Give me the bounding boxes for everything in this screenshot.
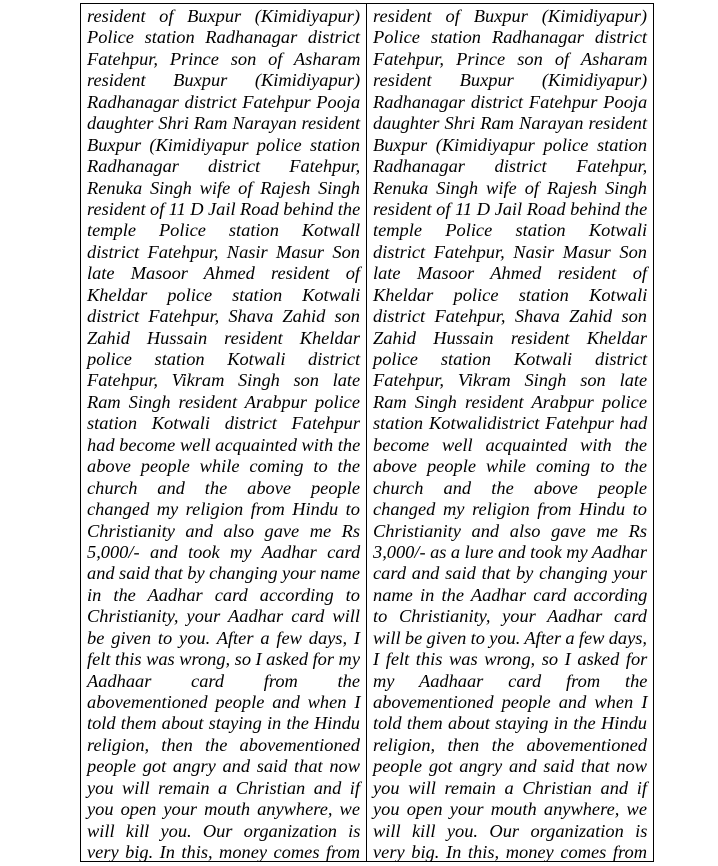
text-line: to Christianity, your Aadhar card [373, 606, 647, 627]
text-line: resident of Buxpur (Kimidiyapur) [87, 6, 360, 27]
text-line: had become well acquainted with the [87, 435, 360, 456]
text-line: resident of 11 D Jail Road behind the [373, 199, 647, 220]
text-line: Aadhaar card from the [87, 671, 360, 692]
text-line: religion, then the abovementioned [87, 735, 360, 756]
text-line: late Masoor Ahmed resident of [87, 263, 360, 284]
text-line: above people while coming to the [373, 456, 647, 477]
text-line: Police station Radhanagar district [87, 27, 360, 48]
text-line: temple Police station Kotwall [87, 220, 360, 241]
text-line: Fatehpur, Vikram Singh son late [373, 370, 647, 391]
text-line: church and the above people [373, 478, 647, 499]
text-line: resident Buxpur (Kimidiyapur) [373, 70, 647, 91]
text-line: Renuka Singh wife of Rajesh Singh [87, 178, 360, 199]
text-line: temple Police station Kotwali [373, 220, 647, 241]
text-line: station Kotwali district Fatehpur [87, 413, 360, 434]
text-line: felt this was wrong, so I asked for my [87, 649, 360, 670]
text-line: above people while coming to the [87, 456, 360, 477]
right-column: resident of Buxpur (Kimidiyapur)Police s… [367, 4, 653, 861]
text-line: Radhanagar district Fatehpur Pooja [373, 92, 647, 113]
text-line: church and the above people [87, 478, 360, 499]
text-line: become well acquainted with the [373, 435, 647, 456]
text-line: changed my religion from Hindu to [373, 499, 647, 520]
text-line: will be given to you. After a few days, [373, 628, 647, 649]
text-line: told them about staying in the Hindu [373, 713, 647, 734]
text-line: Radhanagar district Fatehpur, [87, 156, 360, 177]
text-line: police station Kotwali district [87, 349, 360, 370]
text-line: card and said that by changing your [373, 563, 647, 584]
text-line: changed my religion from Hindu to [87, 499, 360, 520]
text-line: station Kotwalidistrict Fatehpur had [373, 413, 647, 434]
text-line: police station Kotwali district [373, 349, 647, 370]
text-line: Fatehpur, Vikram Singh son late [87, 370, 360, 391]
text-line: told them about staying in the Hindu [87, 713, 360, 734]
text-line: abovementioned people and when I [87, 692, 360, 713]
left-column: resident of Buxpur (Kimidiyapur)Police s… [81, 4, 367, 861]
text-line: you open your mouth anywhere, we [87, 799, 360, 820]
text-line: daughter Shri Ram Narayan resident [373, 113, 647, 134]
text-line: Zahid Hussain resident Kheldar [373, 328, 647, 349]
text-line: Buxpur (Kimidiyapur police station [373, 135, 647, 156]
text-line: people got angry and said that now [373, 756, 647, 777]
text-line: Christianity and also gave me Rs [373, 521, 647, 542]
text-line: Zahid Hussain resident Kheldar [87, 328, 360, 349]
text-line: you will remain a Christian and if [373, 778, 647, 799]
comparison-table: resident of Buxpur (Kimidiyapur)Police s… [80, 3, 654, 862]
text-line: be given to you. After a few days, I [87, 628, 360, 649]
text-line: resident Buxpur (Kimidiyapur) [87, 70, 360, 91]
text-line: 3,000/- as a lure and took my Aadhar [373, 542, 647, 563]
text-line: Radhanagar district Fatehpur Pooja [87, 92, 360, 113]
text-line: Renuka Singh wife of Rajesh Singh [373, 178, 647, 199]
text-line: Christianity, your Aadhar card will [87, 606, 360, 627]
text-line: Radhanagar district Fatehpur, [373, 156, 647, 177]
text-line: very big. In this, money comes from [373, 842, 647, 861]
text-line: Kheldar police station Kotwali [87, 285, 360, 306]
text-line: my Aadhaar card from the [373, 671, 647, 692]
text-line: Ram Singh resident Arabpur police [87, 392, 360, 413]
text-line: district Fatehpur, Shava Zahid son [87, 306, 360, 327]
text-line: resident of 11 D Jail Road behind the [87, 199, 360, 220]
text-line: Fatehpur, Prince son of Asharam [87, 49, 360, 70]
text-line: will kill you. Our organization is [87, 821, 360, 842]
text-line: Fatehpur, Prince son of Asharam [373, 49, 647, 70]
text-line: name in the Aadhar card according [373, 585, 647, 606]
text-line: people got angry and said that now [87, 756, 360, 777]
text-line: district Fatehpur, Nasir Masur Son [87, 242, 360, 263]
text-line: religion, then the abovementioned [373, 735, 647, 756]
text-line: you will remain a Christian and if [87, 778, 360, 799]
text-line: Kheldar police station Kotwali [373, 285, 647, 306]
text-line: daughter Shri Ram Narayan resident [87, 113, 360, 134]
text-line: resident of Buxpur (Kimidiyapur) [373, 6, 647, 27]
text-line: very big. In this, money comes from [87, 842, 360, 861]
text-line: and said that by changing your name [87, 563, 360, 584]
text-line: late Masoor Ahmed resident of [373, 263, 647, 284]
text-line: in the Aadhar card according to [87, 585, 360, 606]
text-line: you open your mouth anywhere, we [373, 799, 647, 820]
text-line: Ram Singh resident Arabpur police [373, 392, 647, 413]
text-line: Christianity and also gave me Rs [87, 521, 360, 542]
text-line: district Fatehpur, Shava Zahid son [373, 306, 647, 327]
text-line: Buxpur (Kimidiyapur police station [87, 135, 360, 156]
text-line: abovementioned people and when I [373, 692, 647, 713]
text-line: Police station Radhanagar district [373, 27, 647, 48]
text-line: 5,000/- and took my Aadhar card [87, 542, 360, 563]
text-line: district Fatehpur, Nasir Masur Son [373, 242, 647, 263]
text-line: will kill you. Our organization is [373, 821, 647, 842]
text-line: I felt this was wrong, so I asked for [373, 649, 647, 670]
